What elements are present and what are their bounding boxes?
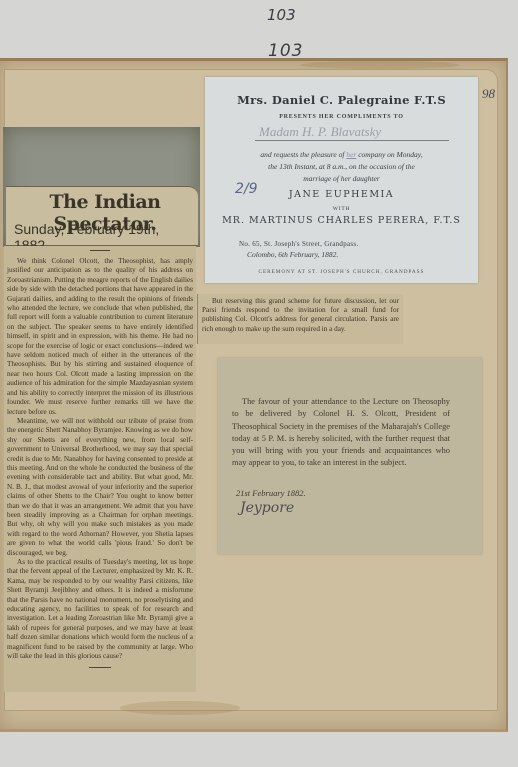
request-text: and requests the pleasure of xyxy=(260,150,346,159)
stain-mark xyxy=(120,701,240,715)
divider xyxy=(90,250,110,251)
divider xyxy=(89,667,111,668)
invitation-request-line: and requests the pleasure of her company… xyxy=(205,150,478,159)
newspaper-continuation: But reserving this grand scheme for futu… xyxy=(197,294,403,344)
ceremony-location: CEREMONY AT ST. JOSEPH'S CHURCH, GRANDPA… xyxy=(205,269,478,275)
invitation-host: Mrs. Daniel C. Palegraine F.T.S xyxy=(205,93,478,107)
with-label: WITH xyxy=(205,206,478,212)
lecture-invitation-card: The favour of your attendance to the Lec… xyxy=(218,358,482,554)
article-paragraph: Meantime, we will not withhold our tribu… xyxy=(7,417,193,558)
newspaper-article: We think Colonel Olcott, the Theosophist… xyxy=(4,246,196,692)
corner-page-number: 98 xyxy=(482,86,495,102)
folio-number-top: 103 xyxy=(267,6,296,24)
invitation-date-line: the 13th Instant, at 8 a.m., on the occa… xyxy=(205,162,478,171)
request-text-end: company on Monday, xyxy=(356,150,422,159)
invitation-address: No. 65, St. Joseph's Street, Grandpass. xyxy=(239,240,359,248)
invitation-presents: PRESENTS HER COMPLIMENTS TO xyxy=(205,114,478,120)
signature: Jeypore xyxy=(240,500,294,516)
article-paragraph: We think Colonel Olcott, the Theosophist… xyxy=(7,257,193,417)
groom-name: MR. MARTINUS CHARLES PERERA, F.T.S xyxy=(205,215,478,226)
stain-mark xyxy=(300,61,460,69)
wedding-invitation-card: Mrs. Daniel C. Palegraine F.T.S PRESENTS… xyxy=(205,77,478,283)
article-paragraph: As to the practical results of Tuesday's… xyxy=(7,558,193,661)
newspaper-masthead: The Indian Spectator. Sunday, February 1… xyxy=(6,186,198,246)
invitation-place-date: Colombo, 6th February, 1882. xyxy=(247,250,338,259)
lecture-invitation-text: The favour of your attendance to the Lec… xyxy=(232,396,450,470)
bride-name: JANE EUPHEMIA xyxy=(205,189,478,200)
continuation-paragraph: But reserving this grand scheme for futu… xyxy=(202,297,399,334)
invitation-guest-handwritten: Madam H. P. Blavatsky xyxy=(255,124,449,141)
lecture-date: 21st February 1882. xyxy=(236,488,306,498)
handwritten-pronoun: her xyxy=(346,150,356,159)
